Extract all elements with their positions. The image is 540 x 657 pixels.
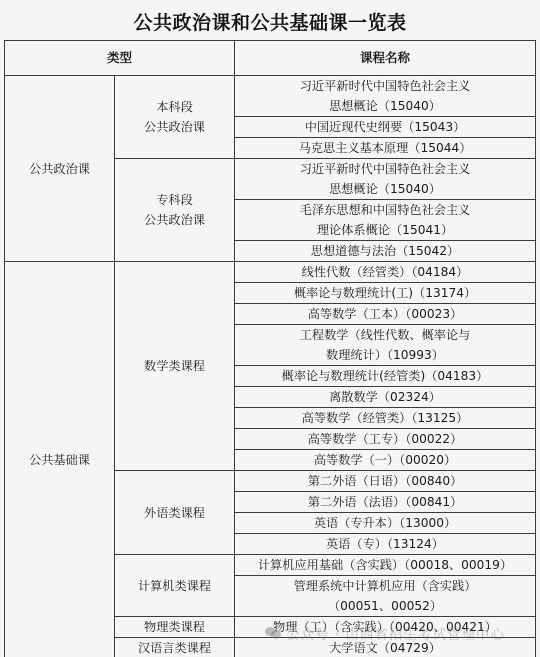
subcategory-label-line1: 专科段 bbox=[117, 190, 232, 210]
table-row: 公共基础课 数学类课程 线性代数（经管类）（04184） bbox=[5, 262, 536, 283]
course-name-line1: 管理系统中计算机应用（含实践） bbox=[237, 576, 533, 596]
course-name-line2: 思想概论（15040） bbox=[237, 179, 533, 199]
course-cell: 英语（专）（13124） bbox=[235, 534, 536, 555]
course-cell: 高等数学（工专）（00022） bbox=[235, 429, 536, 450]
course-cell: 英语（专升本）（13000） bbox=[235, 513, 536, 534]
header-type: 类型 bbox=[5, 41, 235, 76]
course-name-line2: 思想概论（15040） bbox=[237, 96, 533, 116]
course-cell: 概率论与数理统计(工)（13174） bbox=[235, 283, 536, 304]
course-cell: 线性代数（经管类）（04184） bbox=[235, 262, 536, 283]
subcategory-cell: 专科段 公共政治课 bbox=[115, 159, 235, 262]
course-cell: 第二外语（日语）（00840） bbox=[235, 471, 536, 492]
course-name-line2: （00051、00052） bbox=[237, 596, 533, 616]
course-cell: 高等数学（工本）（00023） bbox=[235, 304, 536, 325]
page-title: 公共政治课和公共基础课一览表 bbox=[0, 8, 540, 35]
course-cell: 概率论与数理统计(经管类)（04183） bbox=[235, 366, 536, 387]
course-table: 类型 课程名称 公共政治课 本科段 公共政治课 习近平新时代中国特色社会主义 思… bbox=[4, 40, 536, 657]
course-name-line1: 工程数学（线性代数、概率论与 bbox=[237, 325, 533, 345]
subcategory-cell: 外语类课程 bbox=[115, 471, 235, 555]
category-cell: 公共政治课 bbox=[5, 76, 115, 262]
course-cell: 高等数学（经管类）（13125） bbox=[235, 408, 536, 429]
course-cell: 工程数学（线性代数、概率论与 数理统计）（10993） bbox=[235, 325, 536, 366]
table-row: 公共政治课 本科段 公共政治课 习近平新时代中国特色社会主义 思想概论（1504… bbox=[5, 76, 536, 117]
course-cell: 高等数学（一）（00020） bbox=[235, 450, 536, 471]
subcategory-cell: 计算机类课程 bbox=[115, 555, 235, 617]
course-cell: 习近平新时代中国特色社会主义 思想概论（15040） bbox=[235, 159, 536, 200]
course-cell: 物理（工）（含实践）（00420、00421） bbox=[235, 617, 536, 638]
course-cell: 习近平新时代中国特色社会主义 思想概论（15040） bbox=[235, 76, 536, 117]
subcategory-label-line1: 本科段 bbox=[117, 97, 232, 117]
course-name-line1: 习近平新时代中国特色社会主义 bbox=[237, 159, 533, 179]
subcategory-label-line2: 公共政治课 bbox=[117, 117, 232, 137]
course-cell: 管理系统中计算机应用（含实践） （00051、00052） bbox=[235, 576, 536, 617]
table-header-row: 类型 课程名称 bbox=[5, 41, 536, 76]
course-cell: 毛泽东思想和中国特色社会主义 理论体系概论（15041） bbox=[235, 200, 536, 241]
course-name-line1: 习近平新时代中国特色社会主义 bbox=[237, 76, 533, 96]
course-cell: 大学语文（04729） bbox=[235, 638, 536, 657]
subcategory-label-line2: 公共政治课 bbox=[117, 210, 232, 230]
header-course-name: 课程名称 bbox=[235, 41, 536, 76]
course-cell: 离散数学（02324） bbox=[235, 387, 536, 408]
subcategory-cell: 本科段 公共政治课 bbox=[115, 76, 235, 159]
course-name-line1: 毛泽东思想和中国特色社会主义 bbox=[237, 200, 533, 220]
course-cell: 第二外语（法语）（00841） bbox=[235, 492, 536, 513]
course-name-line2: 数理统计）（10993） bbox=[237, 345, 533, 365]
subcategory-cell: 汉语言类课程 bbox=[115, 638, 235, 657]
subcategory-cell: 数学类课程 bbox=[115, 262, 235, 471]
subcategory-cell: 物理类课程 bbox=[115, 617, 235, 638]
course-cell: 计算机应用基础（含实践）（00018、00019） bbox=[235, 555, 536, 576]
course-cell: 思想道德与法治（15042） bbox=[235, 241, 536, 262]
category-cell: 公共基础课 bbox=[5, 262, 115, 657]
course-cell: 中国近现代史纲要（15043） bbox=[235, 117, 536, 138]
course-name-line2: 理论体系概论（15041） bbox=[237, 220, 533, 240]
course-cell: 马克思主义基本原理（15044） bbox=[235, 138, 536, 159]
